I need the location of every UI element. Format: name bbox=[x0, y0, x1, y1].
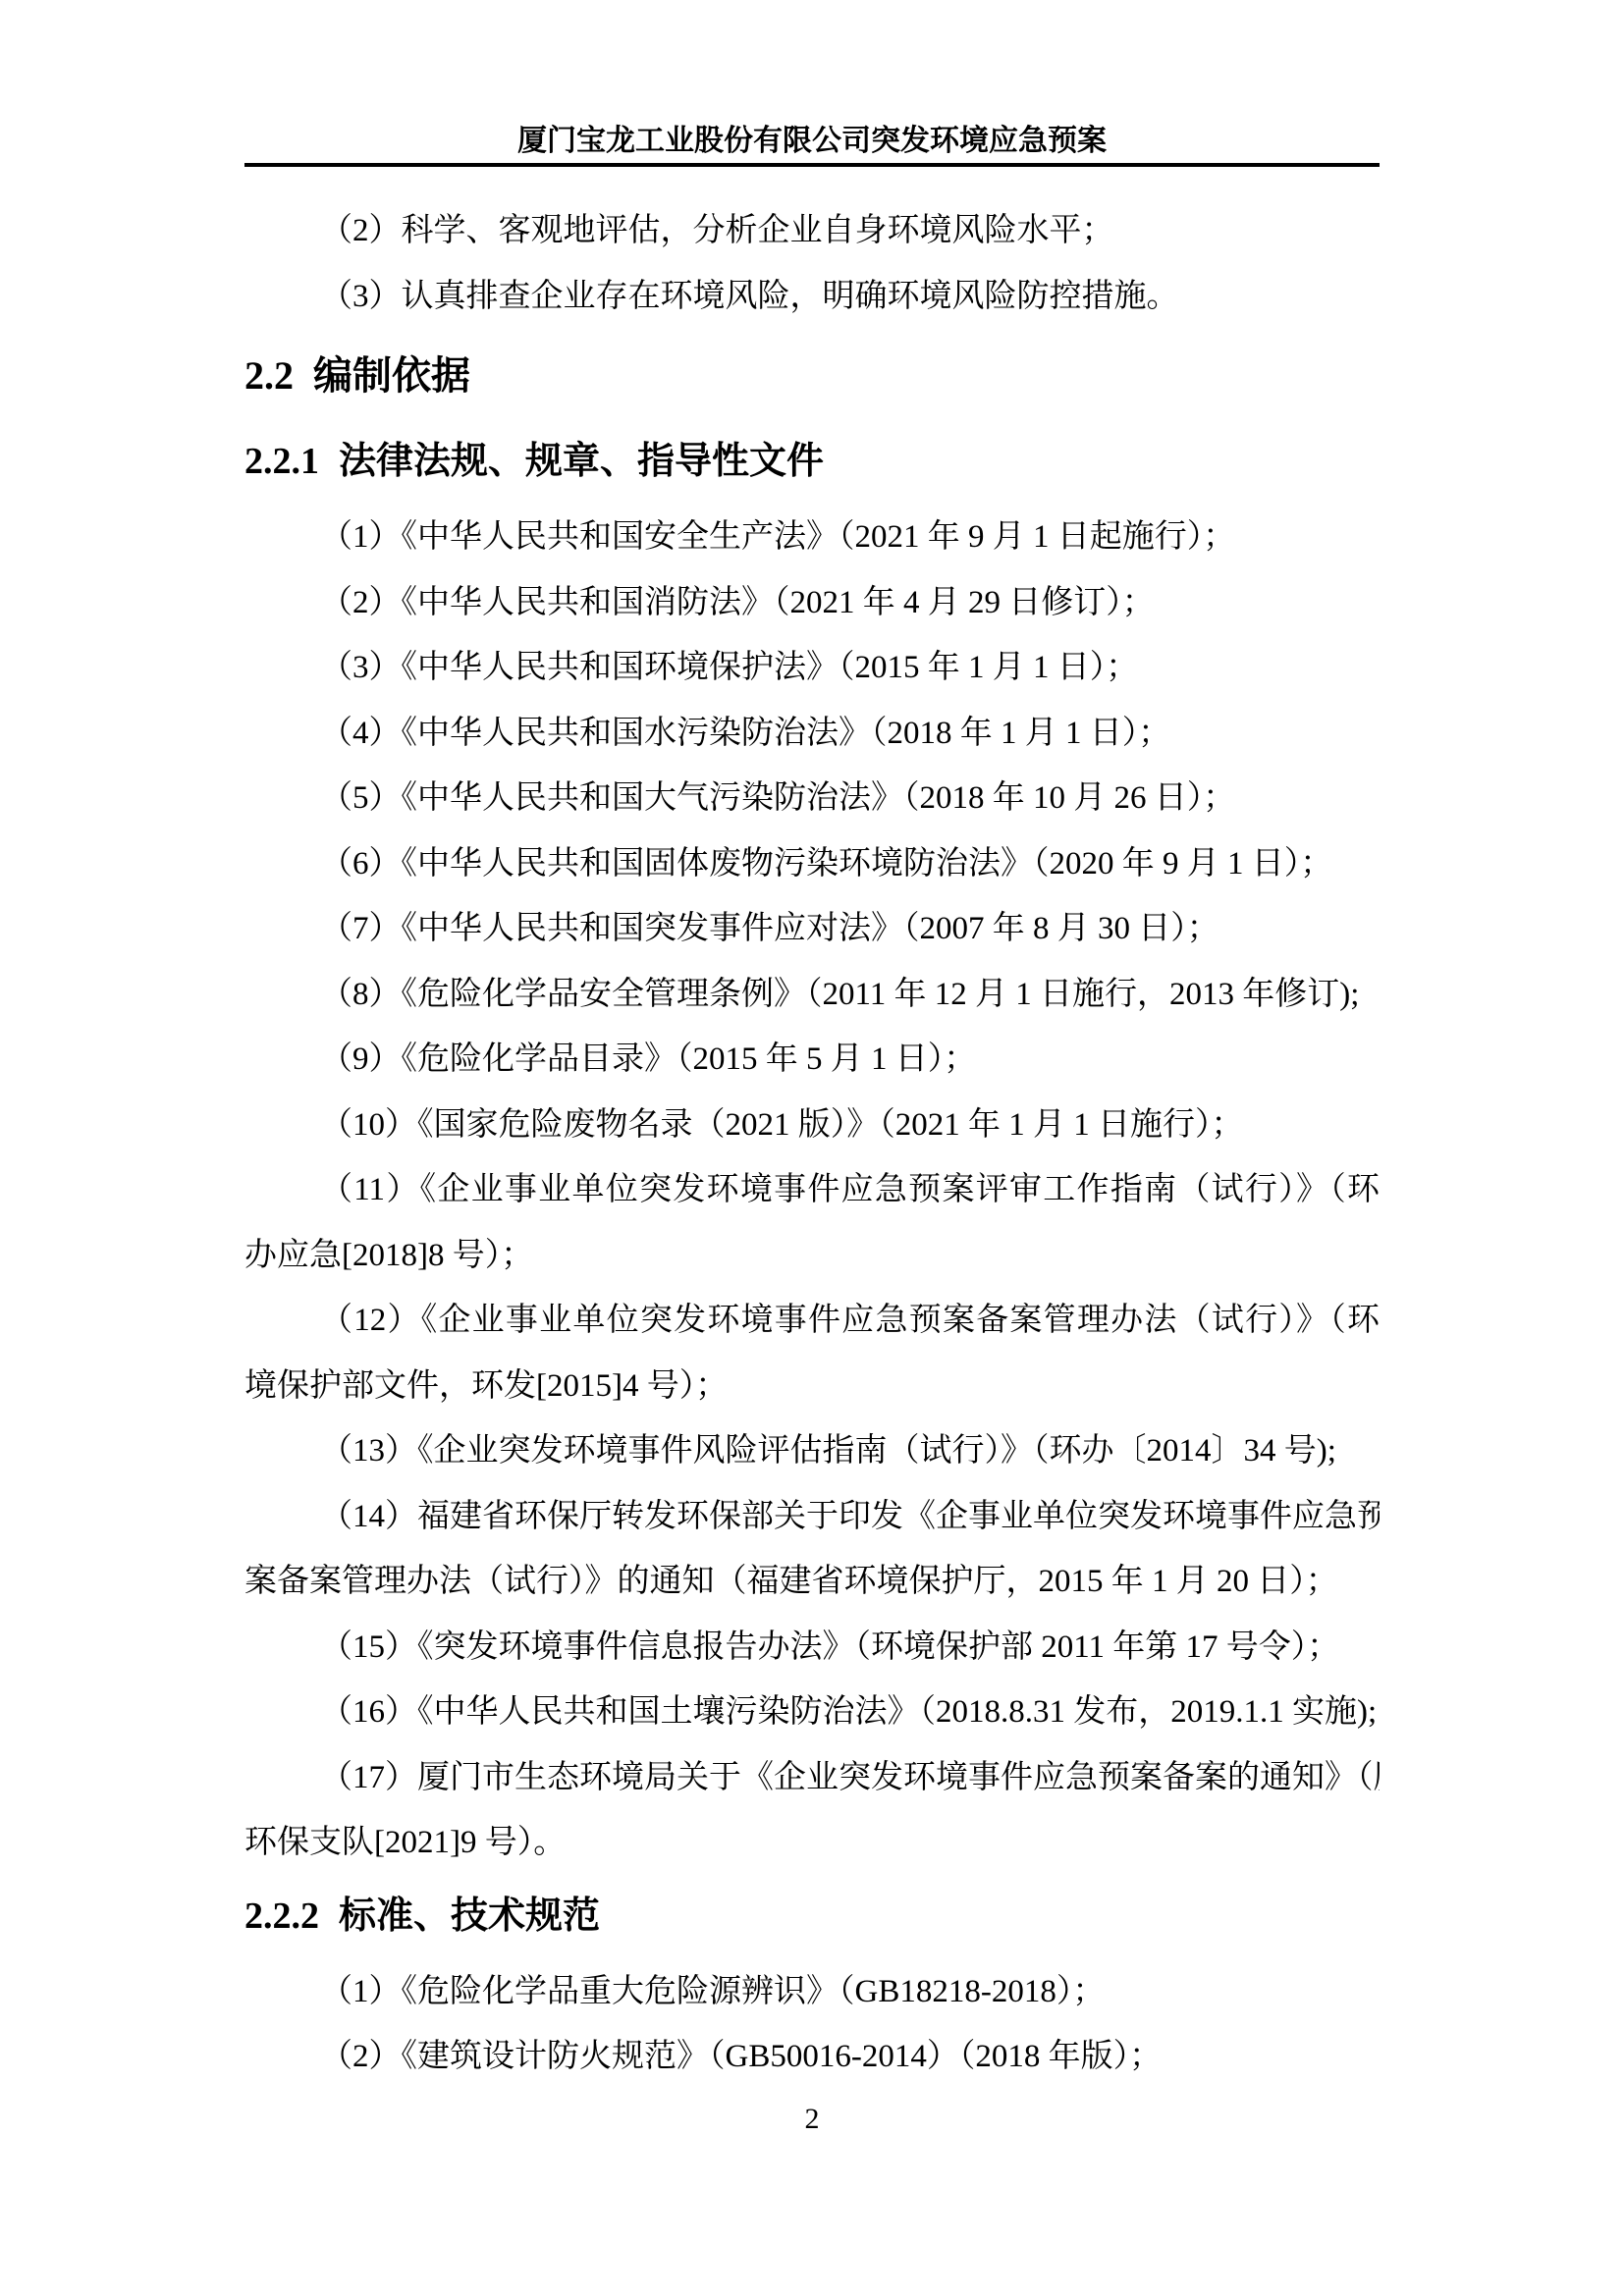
document-line: （2）《中华人民共和国消防法》（2021 年 4 月 29 日修订）； bbox=[244, 570, 1380, 636]
document-line: （13）《企业突发环境事件风险评估指南（试行）》（环办〔2014〕34 号); bbox=[244, 1418, 1380, 1484]
legal-basis-list: （1）《中华人民共和国安全生产法》（2021 年 9 月 1 日起施行）；（2）… bbox=[244, 505, 1380, 1876]
document-line: （12）《企业事业单位突发环境事件应急预案备案管理办法（试行）》（环 bbox=[244, 1288, 1380, 1354]
document-line: （1）《危险化学品重大危险源辨识》（GB18218-2018）； bbox=[244, 1959, 1380, 2025]
page-number: 2 bbox=[805, 2103, 820, 2135]
document-line: （2）科学、客观地评估，分析企业自身环境风险水平； bbox=[244, 198, 1380, 264]
heading-2-2-number: 2.2 bbox=[244, 353, 294, 398]
header-title: 厦门宝龙工业股份有限公司突发环境应急预案 bbox=[517, 125, 1107, 157]
document-line: （8）《危险化学品安全管理条例》（2011 年 12 月 1 日施行，2013 … bbox=[244, 962, 1380, 1028]
document-line: （1）《中华人民共和国安全生产法》（2021 年 9 月 1 日起施行）； bbox=[244, 505, 1380, 570]
document-line: 环保支队[2021]9 号）。 bbox=[244, 1810, 1380, 1876]
document-line: （15）《突发环境事件信息报告办法》（环境保护部 2011 年第 17 号令）； bbox=[244, 1615, 1380, 1681]
heading-2-2: 2.2编制依据 bbox=[244, 341, 1380, 411]
document-line: 案备案管理办法（试行）》的通知（福建省环境保护厅，2015 年 1 月 20 日… bbox=[244, 1549, 1380, 1615]
heading-2-2-1-number: 2.2.1 bbox=[244, 441, 319, 482]
document-line: （2）《建筑设计防火规范》（GB50016-2014）（2018 年版）； bbox=[244, 2024, 1380, 2090]
heading-2-2-2-title: 标准、技术规范 bbox=[339, 1896, 600, 1937]
document-line: （11）《企业事业单位突发环境事件应急预案评审工作指南（试行）》（环 bbox=[244, 1157, 1380, 1223]
page-header: 厦门宝龙工业股份有限公司突发环境应急预案 bbox=[244, 125, 1380, 167]
document-line: （3）认真排查企业存在环境风险，明确环境风险防控措施。 bbox=[244, 264, 1380, 330]
heading-2-2-title: 编制依据 bbox=[313, 354, 470, 398]
document-line: （10）《国家危险废物名录（2021 版）》（2021 年 1 月 1 日施行）… bbox=[244, 1093, 1380, 1158]
document-line: 境保护部文件，环发[2015]4 号）； bbox=[244, 1354, 1380, 1419]
document-line: （5）《中华人民共和国大气污染防治法》（2018 年 10 月 26 日）； bbox=[244, 766, 1380, 831]
heading-2-2-1-title: 法律法规、规章、指导性文件 bbox=[339, 441, 824, 482]
document-line: （16）《中华人民共和国土壤污染防治法》（2018.8.31 发布，2019.1… bbox=[244, 1680, 1380, 1745]
document-line: （17）厦门市生态环境局关于《企业突发环境事件应急预案备案的通知》（厦 bbox=[244, 1745, 1380, 1811]
page-footer: 2 bbox=[244, 2090, 1380, 2149]
document-page: 厦门宝龙工业股份有限公司突发环境应急预案 （2）科学、客观地评估，分析企业自身环… bbox=[0, 0, 1624, 2296]
document-body: （2）科学、客观地评估，分析企业自身环境风险水平；（3）认真排查企业存在环境风险… bbox=[244, 192, 1380, 2149]
heading-2-2-2-number: 2.2.2 bbox=[244, 1896, 319, 1937]
intro-paragraphs: （2）科学、客观地评估，分析企业自身环境风险水平；（3）认真排查企业存在环境风险… bbox=[244, 198, 1380, 329]
standards-list: （1）《危险化学品重大危险源辨识》（GB18218-2018）；（2）《建筑设计… bbox=[244, 1959, 1380, 2090]
document-line: （9）《危险化学品目录》（2015 年 5 月 1 日）； bbox=[244, 1027, 1380, 1093]
heading-2-2-2: 2.2.2标准、技术规范 bbox=[244, 1880, 1380, 1953]
document-line: （7）《中华人民共和国突发事件应对法》（2007 年 8 月 30 日）； bbox=[244, 896, 1380, 962]
document-line: （6）《中华人民共和国固体废物污染环境防治法》（2020 年 9 月 1 日）； bbox=[244, 831, 1380, 897]
document-line: 办应急[2018]8 号）； bbox=[244, 1223, 1380, 1289]
document-line: （3）《中华人民共和国环境保护法》（2015 年 1 月 1 日）； bbox=[244, 635, 1380, 701]
document-line: （14）福建省环保厅转发环保部关于印发《企事业单位突发环境事件应急预 bbox=[244, 1484, 1380, 1550]
document-line: （4）《中华人民共和国水污染防治法》（2018 年 1 月 1 日）； bbox=[244, 701, 1380, 767]
heading-2-2-1: 2.2.1法律法规、规章、指导性文件 bbox=[244, 425, 1380, 499]
